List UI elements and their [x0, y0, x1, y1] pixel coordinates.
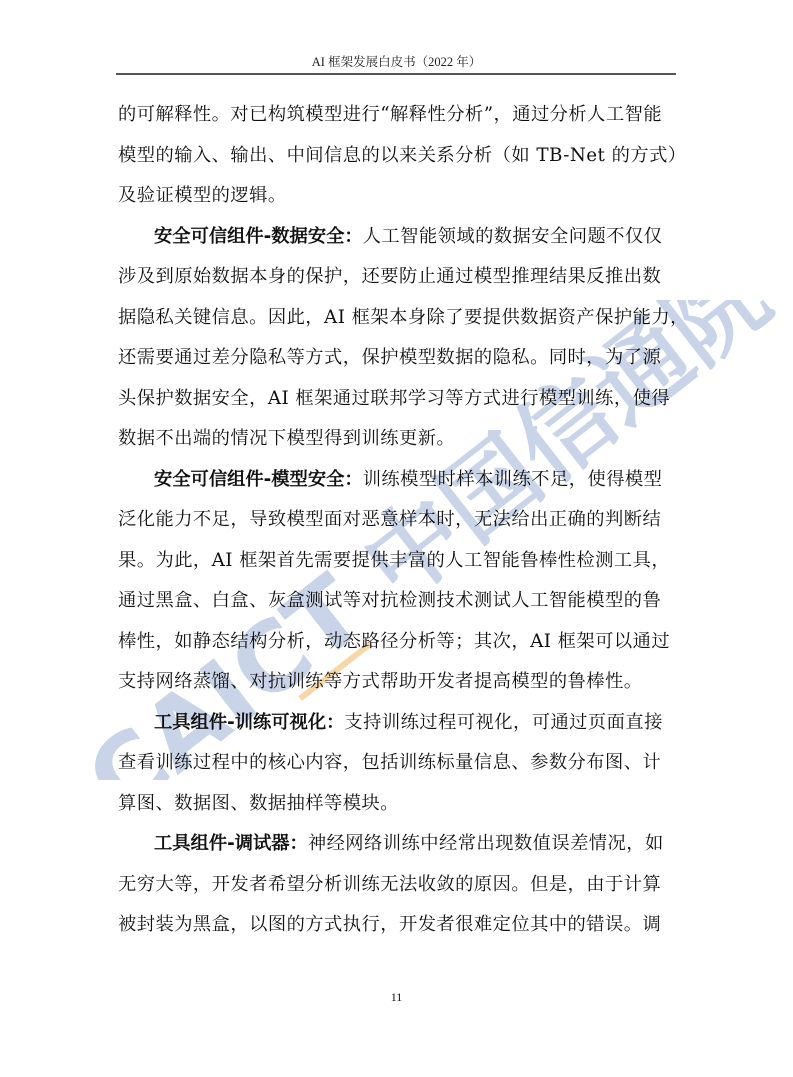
- text-line: 据隐私关键信息。因此，AI 框架本身除了要提供数据资产保护能力，: [118, 298, 678, 339]
- section-heading: 安全可信组件-模型安全：: [154, 469, 363, 490]
- text-line: 果。为此，AI 框架首先需要提供丰富的人工智能鲁棒性检测工具，: [118, 541, 678, 582]
- text-line: 及验证模型的逻辑。: [118, 176, 678, 217]
- paragraph-model-security: 安全可信组件-模型安全：训练模型时样本训练不足，使得模型 泛化能力不足，导致模型…: [118, 460, 678, 703]
- text-line: 支持网络蒸馏、对抗训练等方式帮助开发者提高模型的鲁棒性。: [118, 662, 678, 703]
- document-body: 的可解释性。对已构筑模型进行“解释性分析”，通过分析人工智能 模型的输入、输出、…: [118, 95, 678, 946]
- section-heading: 工具组件-训练可视化：: [154, 712, 344, 733]
- text-line: 头保护数据安全，AI 框架通过联邦学习等方式进行模型训练，使得: [118, 379, 678, 420]
- text-line: 还需要通过差分隐私等方式，保护模型数据的隐私。同时，为了源: [118, 338, 678, 379]
- paragraph-interpretability: 的可解释性。对已构筑模型进行“解释性分析”，通过分析人工智能 模型的输入、输出、…: [118, 95, 678, 217]
- text-line: 泛化能力不足，导致模型面对恶意样本时，无法给出正确的判断结: [118, 500, 678, 541]
- text-run: 训练模型时样本训练不足，使得模型: [363, 469, 663, 490]
- page-number: 11: [0, 990, 793, 1005]
- text-line: 数据不出端的情况下模型得到训练更新。: [118, 419, 678, 460]
- header-divider: [116, 73, 676, 75]
- text-line: 算图、数据图、数据抽样等模块。: [118, 784, 678, 825]
- section-heading: 工具组件-调试器：: [154, 833, 308, 854]
- text-line: 安全可信组件-模型安全：训练模型时样本训练不足，使得模型: [118, 460, 678, 501]
- paragraph-debugger: 工具组件-调试器：神经网络训练中经常出现数值误差情况，如 无穷大等，开发者希望分…: [118, 824, 678, 946]
- text-line: 被封装为黑盒，以图的方式执行，开发者很难定位其中的错误。调: [118, 905, 678, 946]
- text-line: 工具组件-训练可视化：支持训练过程可视化，可通过页面直接: [118, 703, 678, 744]
- text-line: 安全可信组件-数据安全：人工智能领域的数据安全问题不仅仅: [118, 217, 678, 258]
- text-line: 的可解释性。对已构筑模型进行“解释性分析”，通过分析人工智能: [118, 95, 678, 136]
- text-line: 无穷大等，开发者希望分析训练无法收敛的原因。但是，由于计算: [118, 865, 678, 906]
- section-heading: 安全可信组件-数据安全：: [154, 226, 363, 247]
- text-run: 神经网络训练中经常出现数值误差情况，如: [308, 833, 664, 854]
- text-line: 涉及到原始数据本身的保护，还要防止通过模型推理结果反推出数: [118, 257, 678, 298]
- page-header: AI 框架发展白皮书（2022 年）: [118, 52, 675, 70]
- paragraph-training-visualization: 工具组件-训练可视化：支持训练过程可视化，可通过页面直接 查看训练过程中的核心内…: [118, 703, 678, 825]
- text-run: 支持训练过程可视化，可通过页面直接: [344, 712, 662, 733]
- text-line: 模型的输入、输出、中间信息的以来关系分析（如 TB-Net 的方式）: [118, 136, 678, 177]
- text-run: 人工智能领域的数据安全问题不仅仅: [363, 226, 663, 247]
- text-line: 工具组件-调试器：神经网络训练中经常出现数值误差情况，如: [118, 824, 678, 865]
- text-line: 棒性，如静态结构分析，动态路径分析等；其次，AI 框架可以通过: [118, 622, 678, 663]
- paragraph-data-security: 安全可信组件-数据安全：人工智能领域的数据安全问题不仅仅 涉及到原始数据本身的保…: [118, 217, 678, 460]
- text-line: 查看训练过程中的核心内容，包括训练标量信息、参数分布图、计: [118, 743, 678, 784]
- text-line: 通过黑盒、白盒、灰盒测试等对抗检测技术测试人工智能模型的鲁: [118, 581, 678, 622]
